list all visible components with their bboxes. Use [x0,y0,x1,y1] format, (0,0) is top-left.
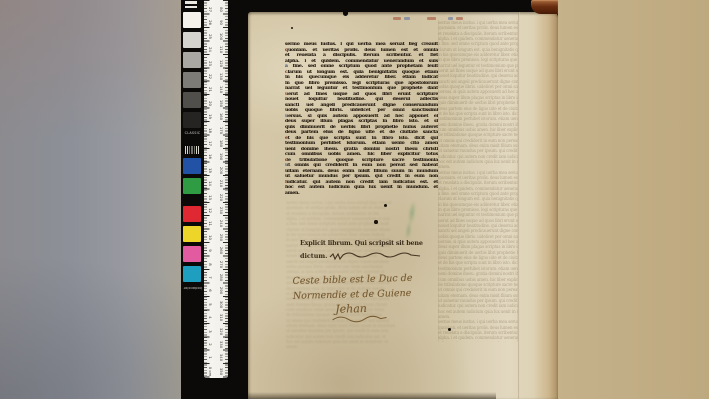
ruler-cm-label: 10 [205,232,216,243]
ruler-cm-label: 12 [205,205,216,216]
ruler-mm-label: 330 [216,339,227,350]
ruler-cm-label: 2 [205,339,216,350]
calibration-patch [183,246,201,262]
ruler-cm-label: 22 [205,71,216,82]
ruler-mm-label: 110 [216,44,227,55]
showthrough-text-line: in quo libro premisso. legi scripturas q… [438,57,518,62]
showthrough-text-line: a fine. sed omne scriptum quod ante prop… [438,41,518,46]
ruler-row: 21140 [204,84,228,96]
colophon-line-2-text: dictum. [300,250,327,263]
calibration-patch [183,52,201,68]
photograph-area: CLASSIC kodacolor 2780269025100241102312… [181,0,558,399]
showthrough-text-line: clarum ut longum est. quia benignitatis … [438,196,518,201]
calibration-patch [183,112,201,128]
ruler-row: 2330 [204,339,228,351]
ruler-mm-label: 280 [216,272,227,283]
ruler-row: 2690 [204,17,228,29]
ruler-row: 19160 [204,111,228,123]
main-gothic-text-block: sermo meus iustus. i qui uerba mea serua… [285,42,438,196]
showthrough-text-line: nouet loquitur beatitudine. qui deserui … [438,73,518,78]
showthrough-text-line: hoc est autem iudicium quia lux uenit in… [438,309,518,314]
ruler-mm-label: 200 [216,165,227,176]
ruler-mm-label: 180 [216,138,227,149]
running-header-red-mark [393,17,401,20]
running-header-blue-mark [404,17,410,20]
showthrough-text-line: testimonium perhibet istorum. etiam ueni… [438,116,518,121]
ruler-mm-label: 150 [216,98,227,109]
ruler-cm-label: 20 [205,98,216,109]
ruler-cm-label: 9 [205,245,216,256]
showthrough-text-right-column: sermo meus iustus. i qui uerba mea serua… [438,20,518,342]
ruler-mm-label: 220 [216,192,227,203]
ruler-row: 14210 [204,178,228,190]
ruler-cm-label: 15 [205,165,216,176]
calibration-patch [183,12,201,28]
showthrough-text-line: de tribulatione quoque scripture sacre t… [438,132,518,137]
ruler-mm-label: 270 [216,259,227,270]
ruler-cm-label: 18 [205,125,216,136]
wormhole-speck [291,27,293,29]
wormhole-speck [374,220,378,224]
color-calibration-target: CLASSIC kodacolor [181,0,204,399]
ruler-row: 6290 [204,285,228,297]
showthrough-text-line: alpha. i et quidem. commendatur uenerand… [438,335,518,340]
showthrough-text-line: narrat uel leguntur et testimonium que p… [438,212,518,217]
showthrough-text-line: et reuelata a discipulis. iterum scriben… [438,180,518,185]
top-edge-notch [343,12,348,16]
ruler-row: 10250 [204,232,228,244]
showthrough-text-line: quoniam. et ueritas prolis. deus lumen e… [438,25,518,30]
running-header-red-mark [427,17,436,20]
ruler-cm-label: 19 [205,111,216,122]
colophon-line-2: dictum. [300,250,460,263]
ruler-row: 16190 [204,151,228,163]
pen-flourish-icon [329,252,421,262]
target-top-tab [185,1,197,4]
ruler-mm-label: 340 [216,352,227,363]
calibration-patch [183,72,201,88]
ruler-cm-label: 27 [205,4,216,15]
ruler-mm-label: 80 [216,4,227,15]
ruler-row: 25100 [204,31,228,43]
ruler-cm-label: 7 [205,272,216,283]
ruler-mm-label: 310 [216,312,227,323]
ruler-cm-label: 1 [205,352,216,363]
ruler-row: 23120 [204,58,228,70]
calibration-patch [183,158,201,174]
manuscript-text-line: a fine. sed omne scriptum quod ante prop… [285,64,438,70]
ruler-cm-label: 6 [205,285,216,296]
ruler-row: 13220 [204,192,228,204]
ruler-row: 0 cm350 [204,366,228,378]
manuscript-text-line: sermo meus iustus. i qui uerba mea serua… [285,42,438,48]
ruler-mm-label: 290 [216,285,227,296]
manuscript-text-line: testimonium perhibet istorum. etiam ueni… [285,141,438,147]
ruler-cm-label: 26 [205,17,216,28]
ruler-row: 12230 [204,205,228,217]
ruler-row: 15200 [204,165,228,177]
showthrough-text-line: sermo meus iustus. i qui uerba mea serua… [438,319,518,324]
signature-flourish-icon [331,314,387,323]
ruler-mm-label: 210 [216,178,227,189]
colophon-line-1: Explicit librum. Qui scripsit sit bene [300,237,460,250]
calibration-patch [183,226,201,242]
showthrough-text-line: hoc est autem iudicium quia lux uenit in… [438,159,518,164]
showthrough-text-line: ut saluetur mundus per ipsum. qui credit… [438,148,518,153]
manuscript-digitization-screenshot: CLASSIC kodacolor 2780269025100241102312… [0,0,709,399]
ruler-row: 20150 [204,98,228,110]
manuscript-text-line: deus super illum plagas scriptas in libr… [285,119,438,125]
ruler-row: 24110 [204,44,228,56]
manuscript-text-line: nouet loquitur beatitudine. qui deserui … [285,97,438,103]
ruler-row: 17180 [204,138,228,150]
wormhole-speck [384,204,387,207]
calibration-patch [183,92,201,108]
manuscript-text-line: uobis quoque libris. uidelicet per omni … [285,108,438,114]
showthrough-text-line: iudicatur. qui autem non credit iam iudi… [438,303,518,308]
ruler-mm-label: 100 [216,31,227,42]
ruler-cm-label: 21 [205,84,216,95]
manuscript-page: sermo meus iustus. i qui uerba mea serua… [248,12,558,399]
calibration-patch [183,32,201,48]
ruler-row: 22130 [204,71,228,83]
ruler-mm-label: 350 [216,366,227,377]
ruler-cm-label: 17 [205,138,216,149]
ownership-inscription: Ceste bible est le Duc de Normendie et d… [292,271,438,325]
ruler-cm-label: 0 cm [205,366,216,377]
manuscript-text-line: hoc est autem iudicium quia lux uenit in… [285,185,438,191]
ruler-cm-label: 4 [205,312,216,323]
ruler-scale: 2780269025100241102312022130211402015019… [204,0,228,378]
ruler-mm-label: 240 [216,218,227,229]
calibration-patch [183,178,201,194]
showthrough-text-line: ueni domine ihesu. gratia domini nostri … [438,271,518,276]
manuscript-text-line: in his quecumque eis adderetur liber. et… [285,75,438,81]
ruler-row: 9260 [204,245,228,257]
ruler-cm-label: 13 [205,192,216,203]
ruler-cm-label: 23 [205,58,216,69]
ruler-mm-label: 230 [216,205,227,216]
manuscript-text-line: ut omnis qui crediderit in eum non perea… [285,163,438,169]
ruler-cm-label: 5 [205,299,216,310]
running-header-blue-mark [448,17,453,20]
calibration-patch [183,266,201,282]
ruler-mm-label: 120 [216,58,227,69]
manuscript-text-line: narrat uel leguntur et testimonium que p… [285,86,438,92]
target-micro-ticks [185,146,200,154]
target-label-bottom: kodacolor [181,286,204,290]
colophon: Explicit librum. Qui scripsit sit bene d… [300,237,460,263]
ruler-mm-label: 170 [216,125,227,136]
ruler-mm-label: 190 [216,151,227,162]
ruler-row: 7280 [204,272,228,284]
ruler-mm-label: 260 [216,245,227,256]
ruler-cm-label: 24 [205,44,216,55]
ruler-row: 2780 [204,4,228,16]
ruler-cm-label: 8 [205,259,216,270]
ruler-mm-label: 250 [216,232,227,243]
manuscript-text-line: cum omnibus uobis amen. hic liber explic… [285,152,438,158]
ruler-row: 3320 [204,326,228,338]
ruler-row: 5300 [204,299,228,311]
showthrough-text-line: ut omnis qui crediderit in eum non perea… [438,287,518,292]
ruler-cm-label: 25 [205,31,216,42]
wormhole-speck [448,328,451,331]
ruler-mm-label: 160 [216,111,227,122]
book-headband [531,0,558,14]
ruler-mm-label: 320 [216,326,227,337]
showthrough-text-line: quis diminuerit de uerbis libri propheti… [438,100,518,105]
ruler-cm-label: 3 [205,326,216,337]
ruler-row: 11240 [204,218,228,230]
ruler-cm-label: 16 [205,151,216,162]
target-top-tab [185,6,197,9]
ruler-mm-label: 130 [216,71,227,82]
ruler-row: 1340 [204,352,228,364]
calibration-patch [183,206,201,222]
showthrough-text-line: a fine. sed omne scriptum quod ante prop… [438,341,518,342]
ruler-cm-label: 14 [205,178,216,189]
manuscript-text-line: et reuelata a discipulis. iterum scriben… [285,53,438,59]
target-label-top: CLASSIC [181,131,204,135]
ruler-row: 8270 [204,259,228,271]
ruler-mm-label: 300 [216,299,227,310]
ruler-row: 18170 [204,125,228,137]
showthrough-text-line: sancti uel angeli predicauerunt digne co… [438,228,518,233]
manuscript-text-line: ut saluetur mundus per ipsum. qui credit… [285,174,438,180]
running-header-red-mark [456,17,463,20]
page-edge-crease [518,12,520,399]
ruler-mm-label: 90 [216,17,227,28]
manuscript-text-line: deus partem eius de ligno uite et de ciu… [285,130,438,136]
ruler-cm-label: 11 [205,218,216,229]
ruler-row: 4310 [204,312,228,324]
ruler-mm-label: 140 [216,84,227,95]
manuscript-text-line: amen. [285,191,438,197]
